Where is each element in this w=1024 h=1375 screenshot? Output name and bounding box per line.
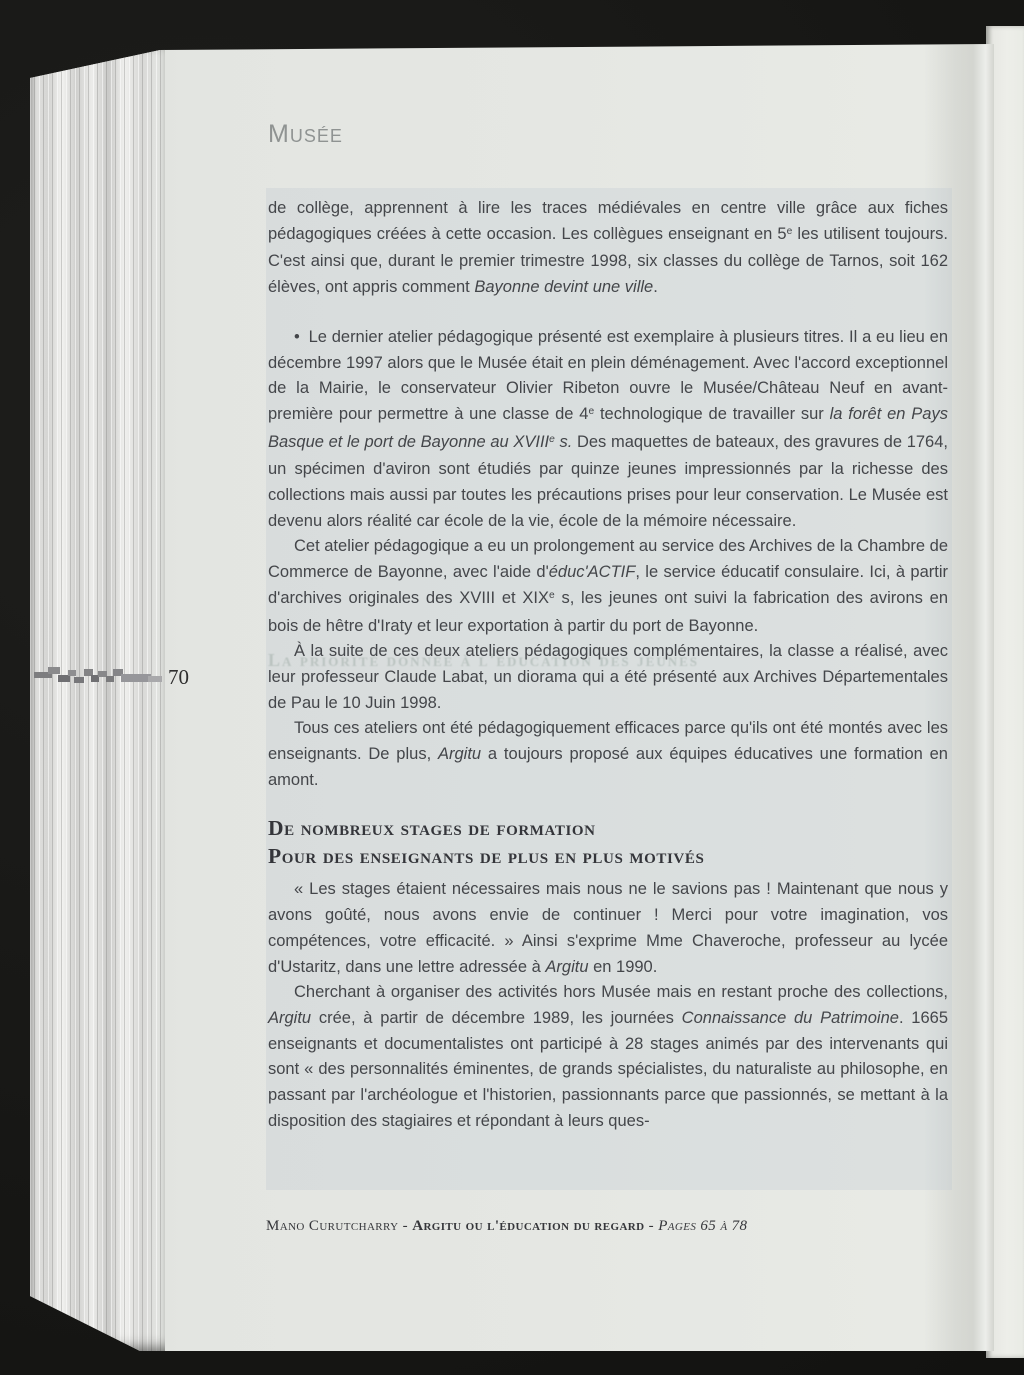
text-segment: . 1665 enseignants et documentalistes on… (268, 1009, 948, 1130)
text-segment: e (549, 434, 555, 445)
text-segment: en 1990. (589, 958, 658, 976)
bullet-marker: • (294, 328, 304, 346)
edge-mark-icon (32, 662, 164, 692)
text-segment: s. (555, 433, 572, 451)
text-segment: Argitu (545, 958, 588, 976)
paragraph: • Le dernier atelier pédagogique présent… (268, 325, 948, 535)
text-segment: . (653, 278, 658, 296)
page-number: 70 (168, 662, 189, 692)
text-segment: - (399, 1218, 413, 1234)
paragraph: Cet atelier pédagogique a eu un prolonge… (268, 534, 948, 639)
text-segment: Argitu ou l'éducation du regard (412, 1218, 644, 1234)
scan-background: La priorité donnée à l'éducation des jeu… (0, 0, 1024, 1375)
text-segment: - (645, 1218, 659, 1234)
text-segment: e (588, 406, 594, 417)
section-heading: De nombreux stages de formation Pour des… (268, 814, 948, 870)
paragraph: Cherchant à organiser des activités hors… (268, 980, 948, 1134)
text-segment: Connaissance du Patrimoine (682, 1009, 899, 1027)
paragraph: « Les stages étaient nécessaires mais no… (268, 877, 948, 980)
text-segment: Pages 65 à 78 (658, 1218, 747, 1234)
margin-assembly: 70 (32, 662, 189, 692)
running-header: Musée (268, 120, 343, 149)
text-segment: e (787, 226, 793, 237)
paragraph-group-bottom: « Les stages étaient nécessaires mais no… (268, 877, 948, 1134)
paragraph-group-top: de collège, apprennent à lire les traces… (268, 196, 948, 793)
text-segment: Mano Curutcharry (266, 1218, 399, 1234)
page-stack-edges (30, 44, 165, 1351)
article-text: de collège, apprennent à lire les traces… (268, 196, 948, 1135)
footer-caption: Mano Curutcharry - Argitu ou l'éducation… (266, 1218, 966, 1235)
text-segment: technologique de travailler sur (594, 405, 829, 423)
text-segment: Bayonne devint une ville (474, 278, 653, 296)
section-heading-line1: De nombreux stages de formation (268, 814, 948, 842)
paragraph: de collège, apprennent à lire les traces… (268, 196, 948, 301)
text-segment: éduc'ACTIF (549, 563, 636, 581)
text-segment: Cherchant à organiser des activités hors… (294, 983, 948, 1001)
text-segment: Argitu (438, 745, 481, 763)
text-segment: À la suite de ces deux ateliers pédagogi… (268, 642, 948, 711)
section-heading-line2: Pour des enseignants de plus en plus mot… (268, 842, 948, 870)
text-segment: crée, à partir de décembre 1989, les jou… (311, 1009, 682, 1027)
paragraph: Tous ces ateliers ont été pédagogiquemen… (268, 716, 948, 793)
book-page: La priorité donnée à l'éducation des jeu… (30, 44, 994, 1351)
text-segment: Argitu (268, 1009, 311, 1027)
paragraph: À la suite de ces deux ateliers pédagogi… (268, 639, 948, 716)
text-segment: e (549, 590, 555, 601)
